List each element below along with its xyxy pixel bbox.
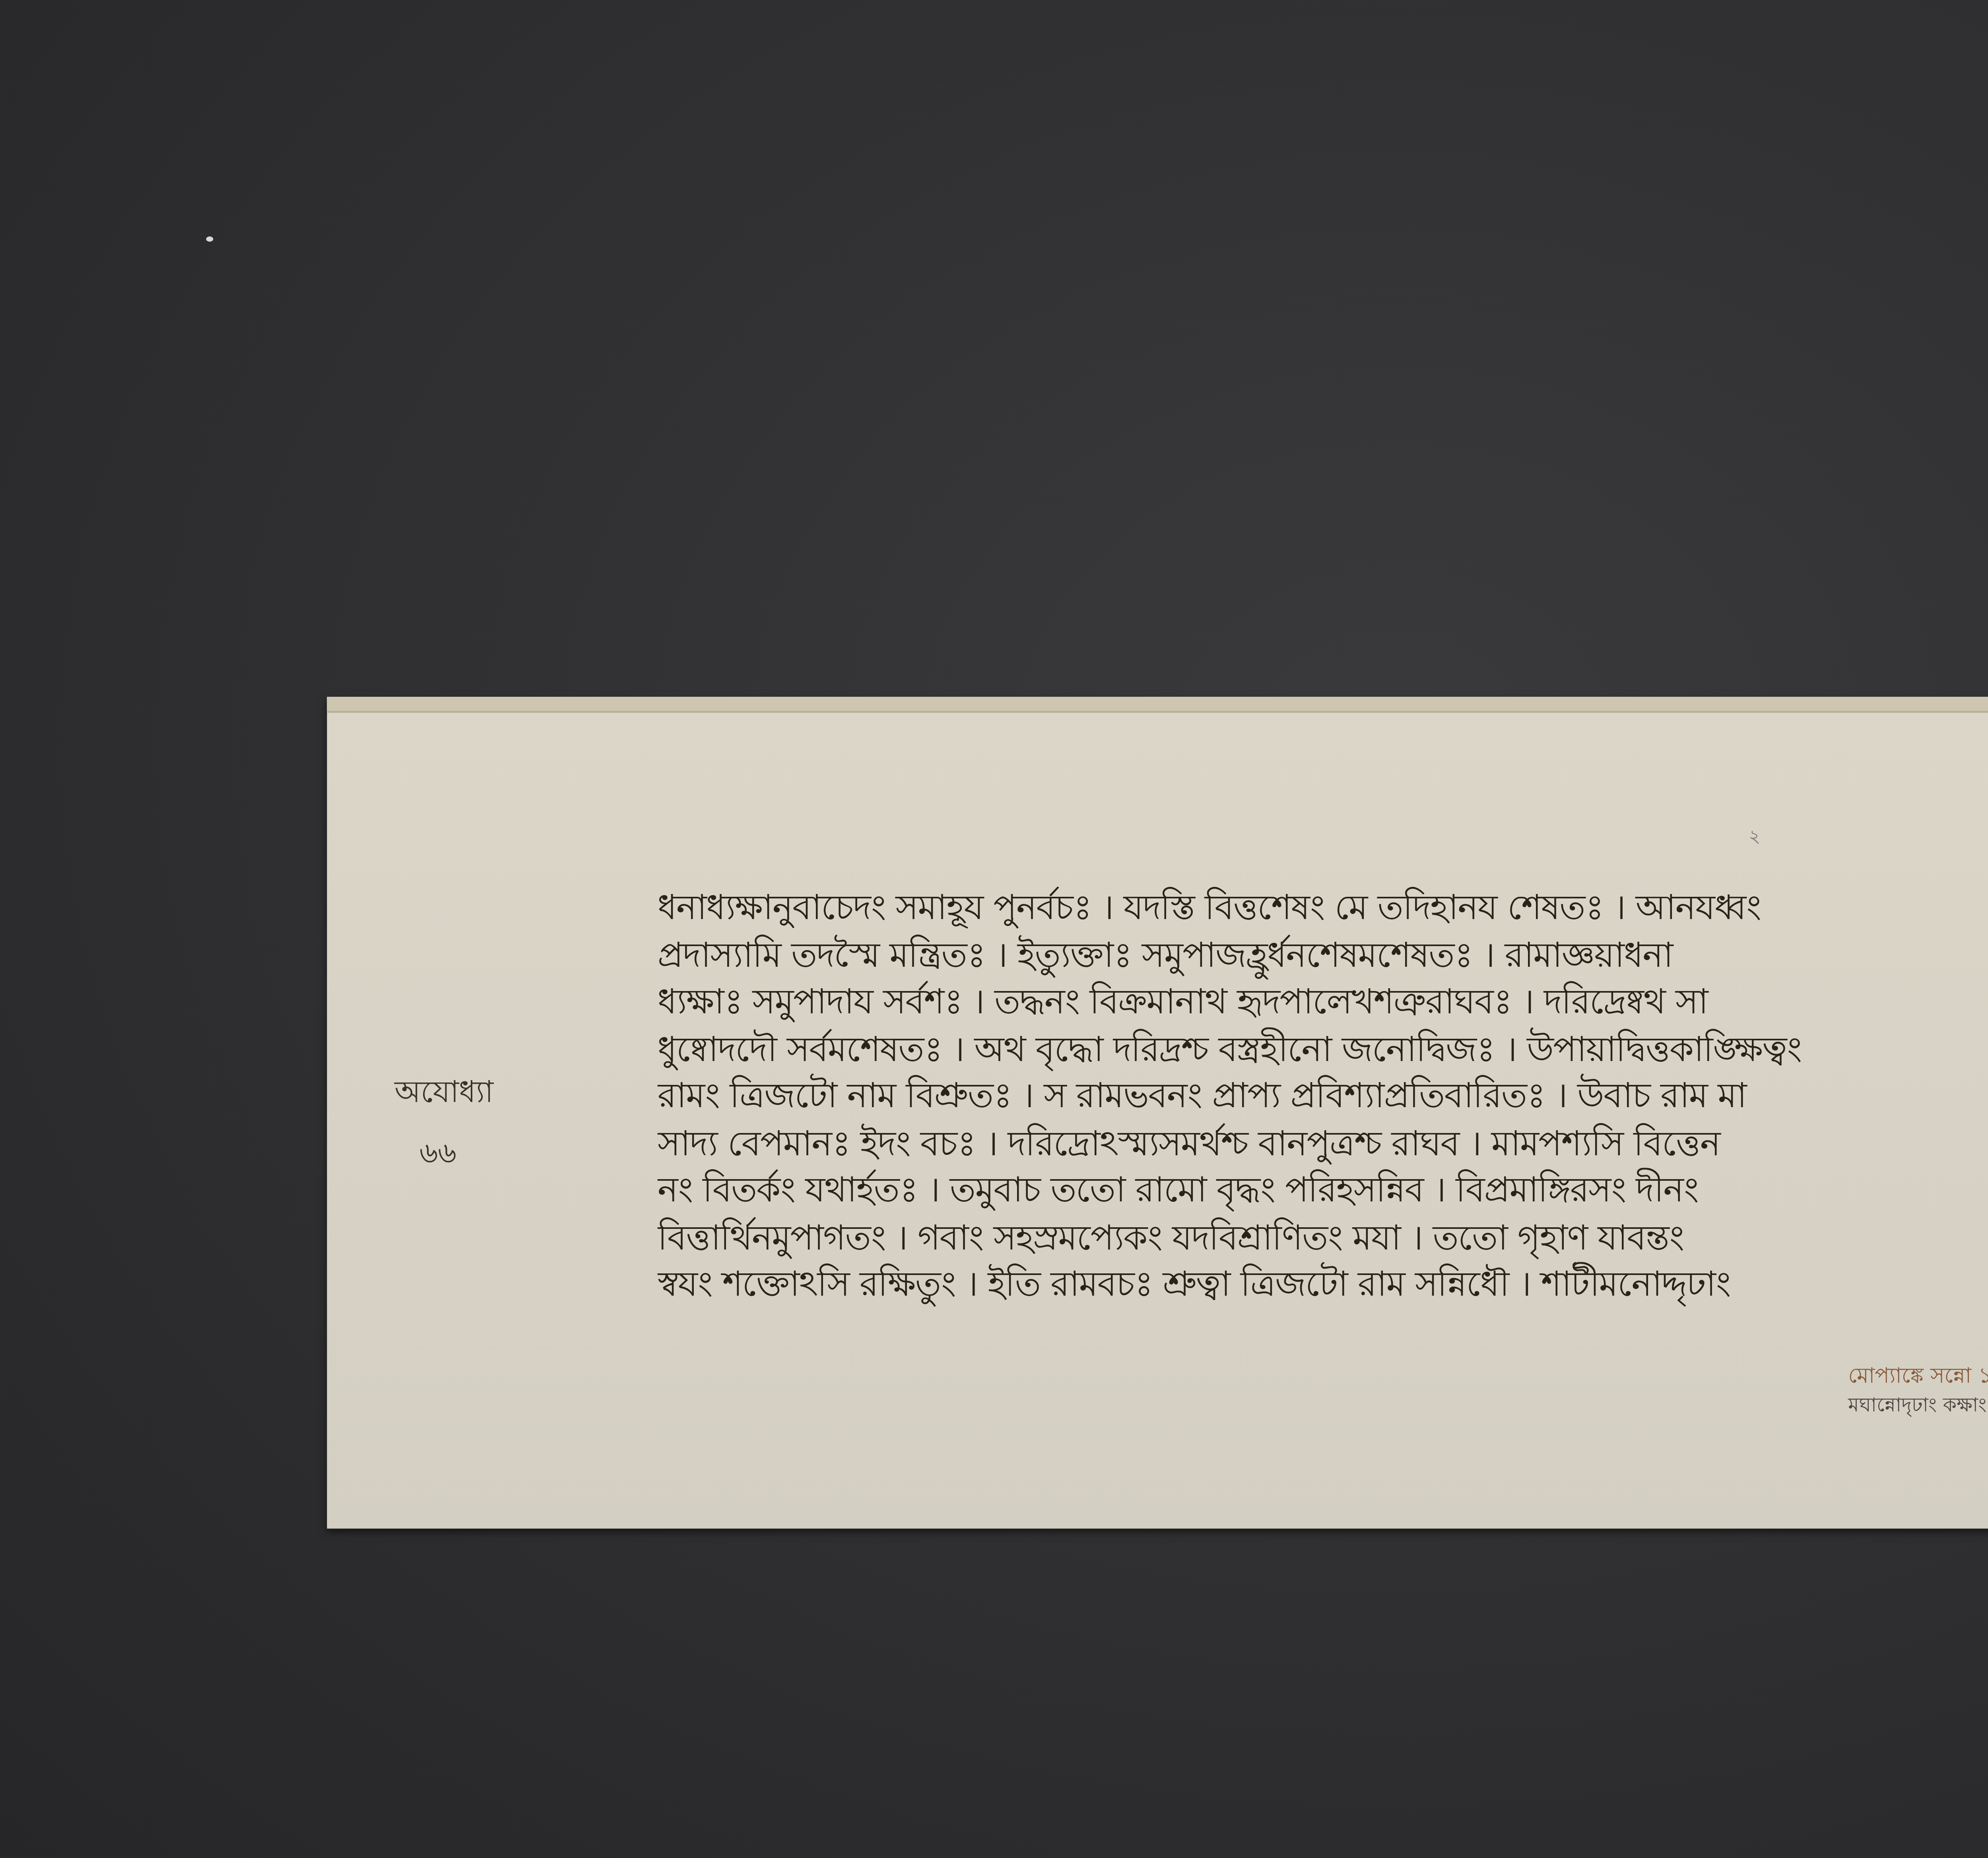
mount-board: ২ অযোধ্যা ৬৬ ১৯১ ধনাধ্যক্ষানুবাচেদং সমাহ… [0, 0, 1988, 1858]
text-line: ধনাধ্যক্ষানুবাচেদং সমাহূয পুনর্বচঃ । যদস… [658, 885, 1988, 932]
manuscript-text: ধনাধ্যক্ষানুবাচেদং সমাহূয পুনর্বচঃ । যদস… [658, 885, 1988, 1309]
text-line: ধুষ্বোদদৌ সর্বমশেষতঃ । অথ বৃদ্ধো দরিদ্রশ… [658, 1026, 1988, 1073]
margin-folio-number: ৬৬ [419, 1131, 456, 1179]
text-line: প্রদাস্যামি তদস্মৈ মন্ত্রিতঃ । ইত্যুক্তা… [658, 932, 1988, 979]
pencil-mark: ২ [1749, 825, 1760, 855]
annotation-dark: মঘান্নোদৃঢাং কক্ষাং ১ [1848, 1390, 1988, 1424]
manuscript-folio: ২ অযোধ্যা ৬৬ ১৯১ ধনাধ্যক্ষানুবাচেদং সমাহ… [327, 697, 1988, 1529]
folio-torn-edge [327, 697, 1988, 713]
text-line: রামং ত্রিজটো নাম বিশ্রুতঃ । স রামভবনং প্… [658, 1074, 1988, 1121]
text-line: ধ্যক্ষাঃ সমুপাদায সর্বশঃ । তদ্ধনং বিক্রম… [658, 980, 1988, 1026]
margin-title: অযোধ্যা [394, 1070, 493, 1120]
text-line: সাদ্য বেপমানঃ ইদং বচঃ । দরিদ্রোঽস্ম্যসমর… [658, 1121, 1988, 1168]
text-line: নং বিতর্কং যথার্হতঃ । তমুবাচ ততো রামো বৃ… [658, 1168, 1988, 1215]
text-line: স্বযং শক্তোঽসি রক্ষিতুং । ইতি রামবচঃ শ্র… [658, 1262, 1988, 1309]
dust-speck [206, 236, 213, 241]
text-line: বিত্তার্থিনমুপাগতং । গবাং সহস্রমপ্যেকং য… [658, 1215, 1988, 1262]
